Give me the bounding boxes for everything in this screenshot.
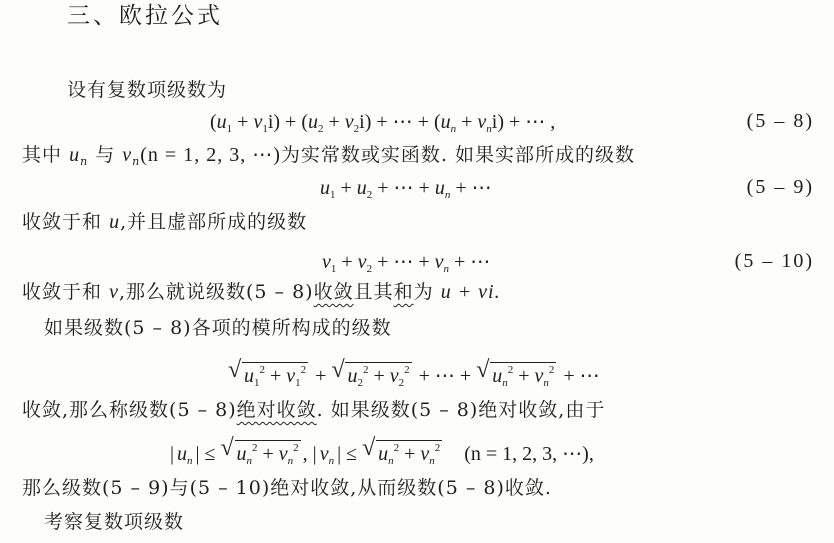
paragraph-consider: 考察复数项级数 bbox=[44, 510, 184, 534]
paragraph-converges-v: 收敛于和 v,那么就说级数(5 – 8)收敛且其和为 u + vi. bbox=[22, 280, 501, 304]
equation-number-5-8: (5 – 8) bbox=[747, 110, 814, 133]
equation-inequality: |un| ≤ un2 + vn2, |vn| ≤ un2 + vn2 (n = … bbox=[170, 440, 594, 466]
equation-5-9: u1 + u2 + ⋯ + un + ⋯ bbox=[320, 176, 492, 200]
paragraph-intro: 设有复数项级数为 bbox=[67, 78, 227, 102]
equation-number-5-10: (5 – 10) bbox=[735, 250, 814, 273]
paragraph-real-part: 其中 un 与 vn(n = 1, 2, 3, ⋯)为实常数或实函数. 如果实部… bbox=[22, 143, 635, 167]
term-absolutely-convergent: 绝对收敛 bbox=[237, 399, 317, 421]
paragraph-modulus: 如果级数(5 – 8)各项的模所构成的级数 bbox=[44, 316, 392, 340]
equation-modulus-series: u12 + v12 + u22 + v22 + ⋯ + un2 + vn2 + … bbox=[228, 362, 600, 388]
equation-5-10: v1 + v2 + ⋯ + vn + ⋯ bbox=[322, 250, 490, 274]
section-title: 三、欧拉公式 bbox=[67, 4, 223, 28]
term-convergent: 收敛 bbox=[314, 281, 354, 303]
paragraph-converges-u: 收敛于和 u,并且虚部所成的级数 bbox=[22, 210, 307, 234]
equation-number-5-9: (5 – 9) bbox=[747, 176, 814, 199]
paragraph-conclusion: 那么级数(5 – 9)与(5 – 10)绝对收敛,从而级数(5 – 8)收敛. bbox=[22, 476, 552, 500]
paragraph-absolute: 收敛,那么称级数(5 – 8)绝对收敛. 如果级数(5 – 8)绝对收敛,由于 bbox=[22, 398, 605, 422]
equation-5-8: (u1 + v1i) + (u2 + v2i) + ⋯ + (un + vni)… bbox=[210, 110, 555, 134]
term-sum: 和 bbox=[394, 281, 414, 303]
